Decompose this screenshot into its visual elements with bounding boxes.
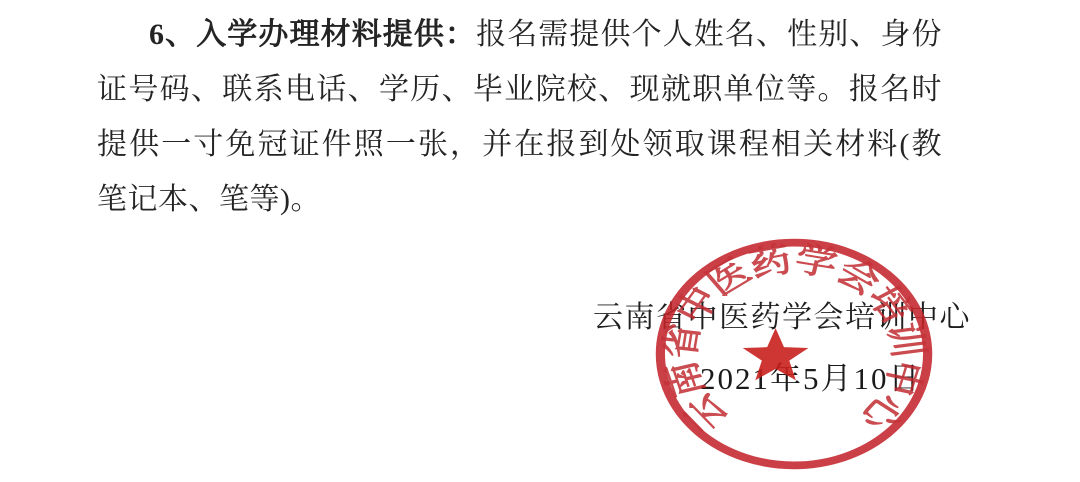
paragraph-line-1-text: 报名需提供个人姓名、性别、身份 [476,18,942,51]
stamp-ring-text: 云南省中医药学会培训中心 [657,239,932,438]
paragraph-heading: 6、入学办理材料提供： [149,18,476,51]
enrollment-paragraph: 6、入学办理材料提供：报名需提供个人姓名、性别、身份 证号码、联系电话、学历、毕… [97,7,942,227]
paragraph-line-1: 6、入学办理材料提供：报名需提供个人姓名、性别、身份 [97,7,942,62]
stamp-ring-text-container: 云南省中医药学会培训中心 [657,239,932,438]
paragraph-line-2: 证号码、联系电话、学历、毕业院校、现就职单位等。报名时需 [97,62,942,117]
signature-organization: 云南省中医药学会培训中心 [593,292,971,336]
document-page: 6、入学办理材料提供：报名需提供个人姓名、性别、身份 证号码、联系电话、学历、毕… [0,0,1080,482]
paragraph-line-3: 提供一寸免冠证件照一张，并在报到处领取课程相关材料(教材、 [97,117,942,172]
signature-date: 2021年5月10日 [700,353,922,398]
paragraph-line-4: 笔记本、笔等)。 [97,172,942,227]
